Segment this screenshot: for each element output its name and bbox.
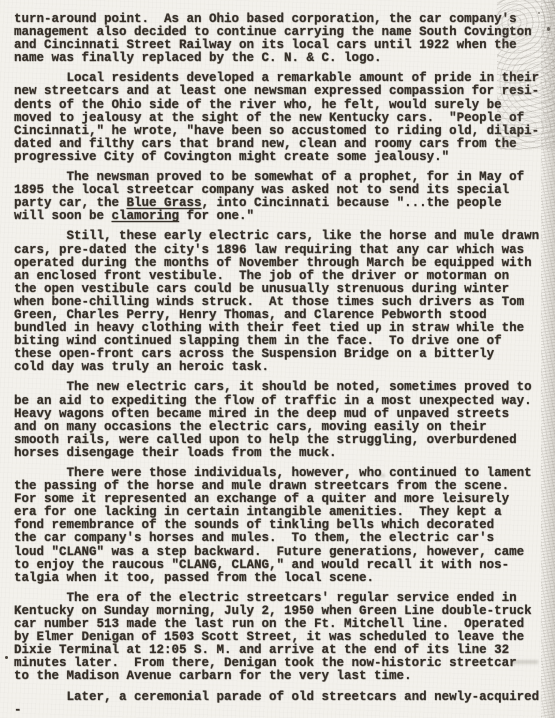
paragraph-vestibule-law: Still, these early electric cars, like t… <box>14 230 546 374</box>
underlined-clamoring: clamoring <box>112 209 180 223</box>
scan-speck <box>547 27 550 31</box>
paragraph-local-residents: Local residents developed a remarkable a… <box>14 72 546 164</box>
paragraph-traffic-aid: The new electric cars, it should be note… <box>14 381 546 460</box>
scanned-typewritten-page: turn-around point. As an Ohio based corp… <box>0 0 555 718</box>
paragraph-text: for one." <box>179 209 254 223</box>
paragraph-last-run: The era of the electric streetcars' regu… <box>14 592 546 684</box>
paragraph-ceremonial-parade: Later, a ceremonial parade of old street… <box>14 691 546 717</box>
paragraph-newsman-prophet: The newsman proved to be somewhat of a p… <box>14 171 546 223</box>
scan-speck <box>5 656 8 659</box>
paragraph-turnaround-point: turn-around point. As an Ohio based corp… <box>14 13 546 65</box>
paragraph-lament-clang: There were those individuals, however, w… <box>14 467 546 585</box>
document-text-column: turn-around point. As an Ohio based corp… <box>14 13 546 718</box>
